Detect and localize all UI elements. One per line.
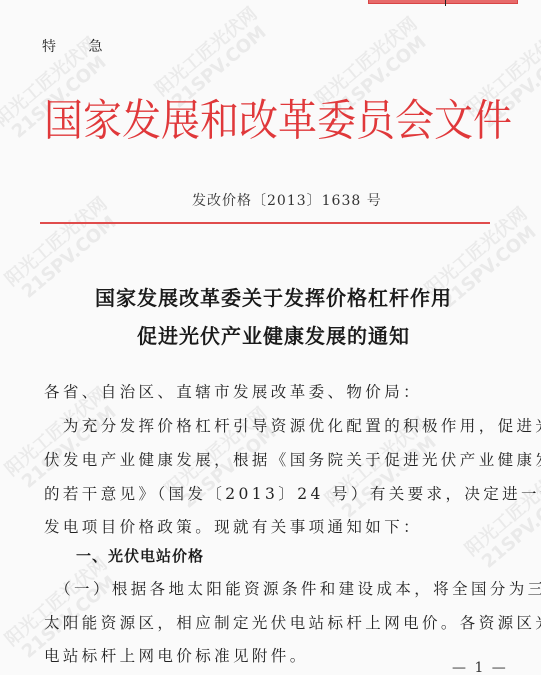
header-stamp-tick bbox=[445, 0, 446, 6]
document-title-line-1: 国家发展改革委关于发挥价格杠杆作用 bbox=[3, 282, 541, 311]
page-number: — 1 — bbox=[452, 660, 508, 675]
body-line: 的若干意见》（国发〔2013〕24 号）有关要求，决定进一步完善光伏 bbox=[44, 482, 510, 504]
body-line: 发电项目价格政策。现就有关事项通知如下： bbox=[44, 515, 510, 537]
document-title-line-2: 促进光伏产业健康发展的通知 bbox=[3, 320, 541, 349]
addressee: 各省、自治区、直辖市发展改革委、物价局： bbox=[44, 380, 510, 402]
section-heading: 一、光伏电站价格 bbox=[76, 545, 204, 566]
section-line: （一）根据各地太阳能资源条件和建设成本，将全国分为三类 bbox=[44, 577, 510, 599]
masthead: 国家发展和改革委员会文件 bbox=[44, 86, 504, 149]
urgency-label: 特 急 bbox=[42, 36, 116, 56]
document-number: 发改价格〔2013〕1638 号 bbox=[192, 190, 382, 210]
red-separator-rule bbox=[40, 222, 490, 224]
body-line: 为充分发挥价格杠杆引导资源优化配置的积极作用，促进光 bbox=[44, 414, 510, 436]
body-line: 伏发电产业健康发展，根据《国务院关于促进光伏产业健康发展 bbox=[44, 448, 510, 470]
section-line: 电站标杆上网电价标准见附件。 bbox=[44, 644, 510, 666]
header-stamp-box bbox=[368, 0, 518, 4]
section-line: 太阳能资源区，相应制定光伏电站标杆上网电价。各资源区光伏 bbox=[44, 611, 510, 633]
